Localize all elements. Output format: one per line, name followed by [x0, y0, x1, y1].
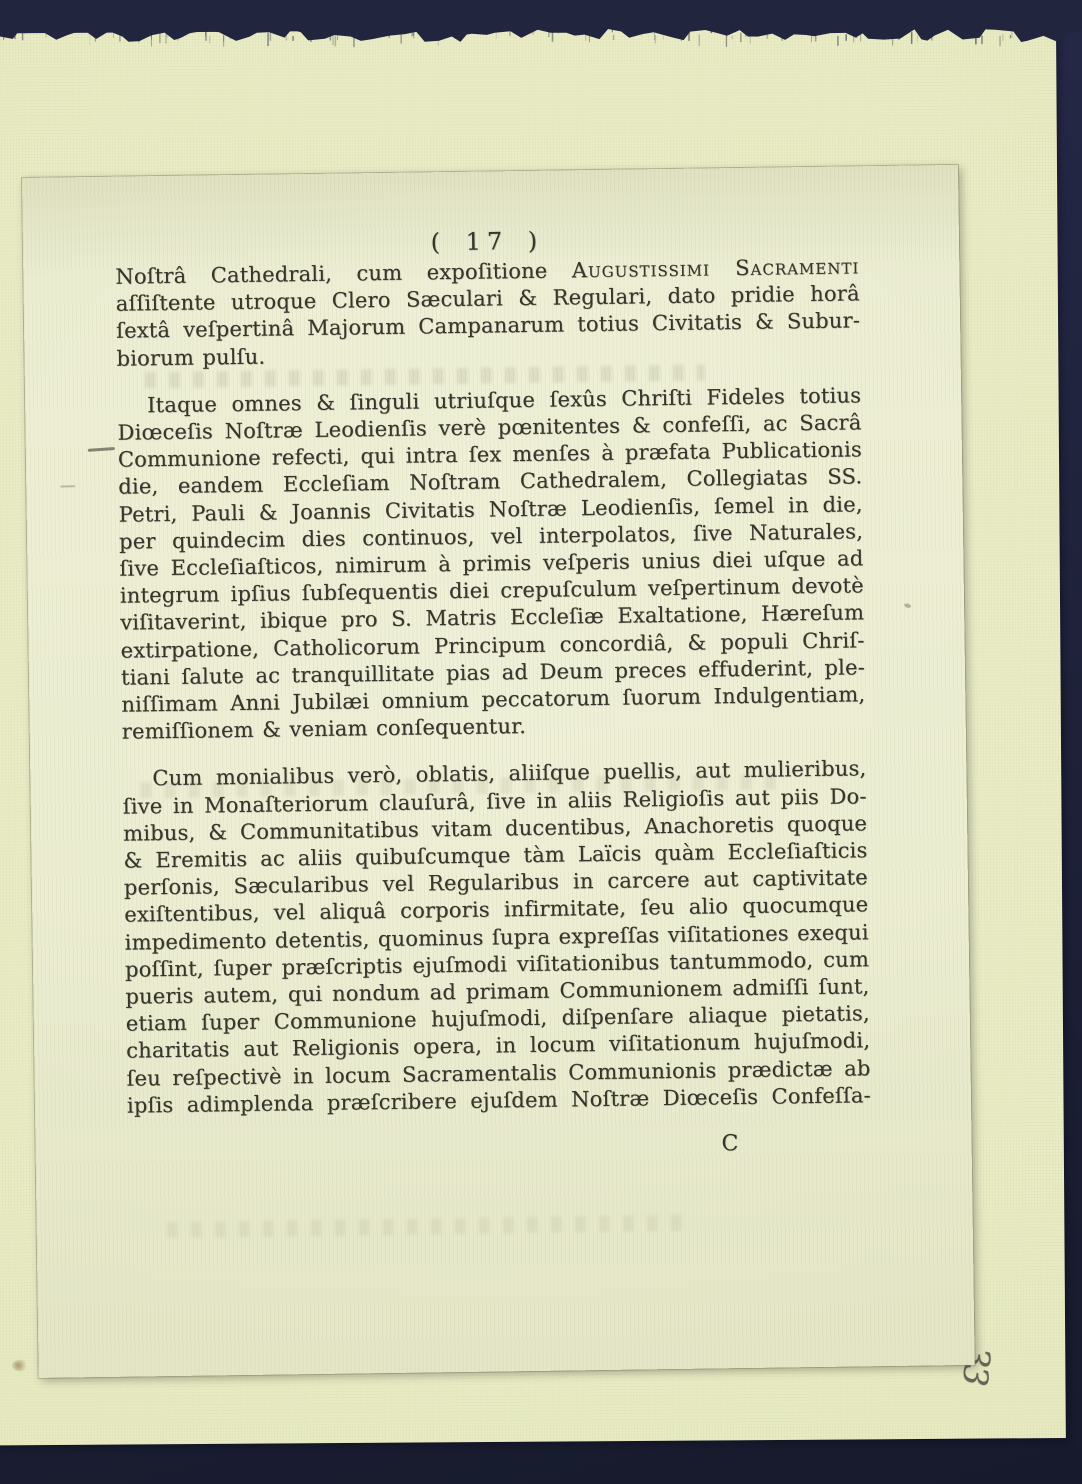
- paragraph: Cum monialibus verò, oblatis, aliiſque p…: [122, 756, 871, 1120]
- bleed-through-smudge: [167, 1215, 687, 1238]
- deckled-paper-edge: [0, 0, 1082, 54]
- margin-pen-mark-small: [60, 485, 75, 487]
- paragraph: Noſtrâ Cathedrali, cum expoſitione Augus…: [115, 253, 860, 372]
- printed-page: ( 17 ) Noſtrâ Cathedrali, cum expoſition…: [22, 165, 975, 1378]
- body-text: remiſſionem & veniam conſequentur.: [122, 714, 527, 744]
- page-body: ( 17 ) Noſtrâ Cathedrali, cum expoſition…: [22, 165, 975, 1378]
- ink-speck: [904, 603, 912, 609]
- catchword: C: [127, 1129, 871, 1164]
- scan-background: 33 ( 17 ) Noſtrâ Cathedrali, cum expoſit…: [0, 0, 1082, 1484]
- body-text: Noſtrâ Cathedrali, cum expoſitione: [115, 258, 572, 288]
- small-caps-text: Augustissimi Sacramenti: [572, 254, 860, 282]
- paragraph: Itaque omnes & ſinguli utriuſque ſexûs C…: [117, 382, 866, 746]
- margin-pen-mark: [88, 447, 115, 452]
- foxing-spot: [12, 1360, 28, 1371]
- body-text: biorum pulſu.: [116, 344, 265, 370]
